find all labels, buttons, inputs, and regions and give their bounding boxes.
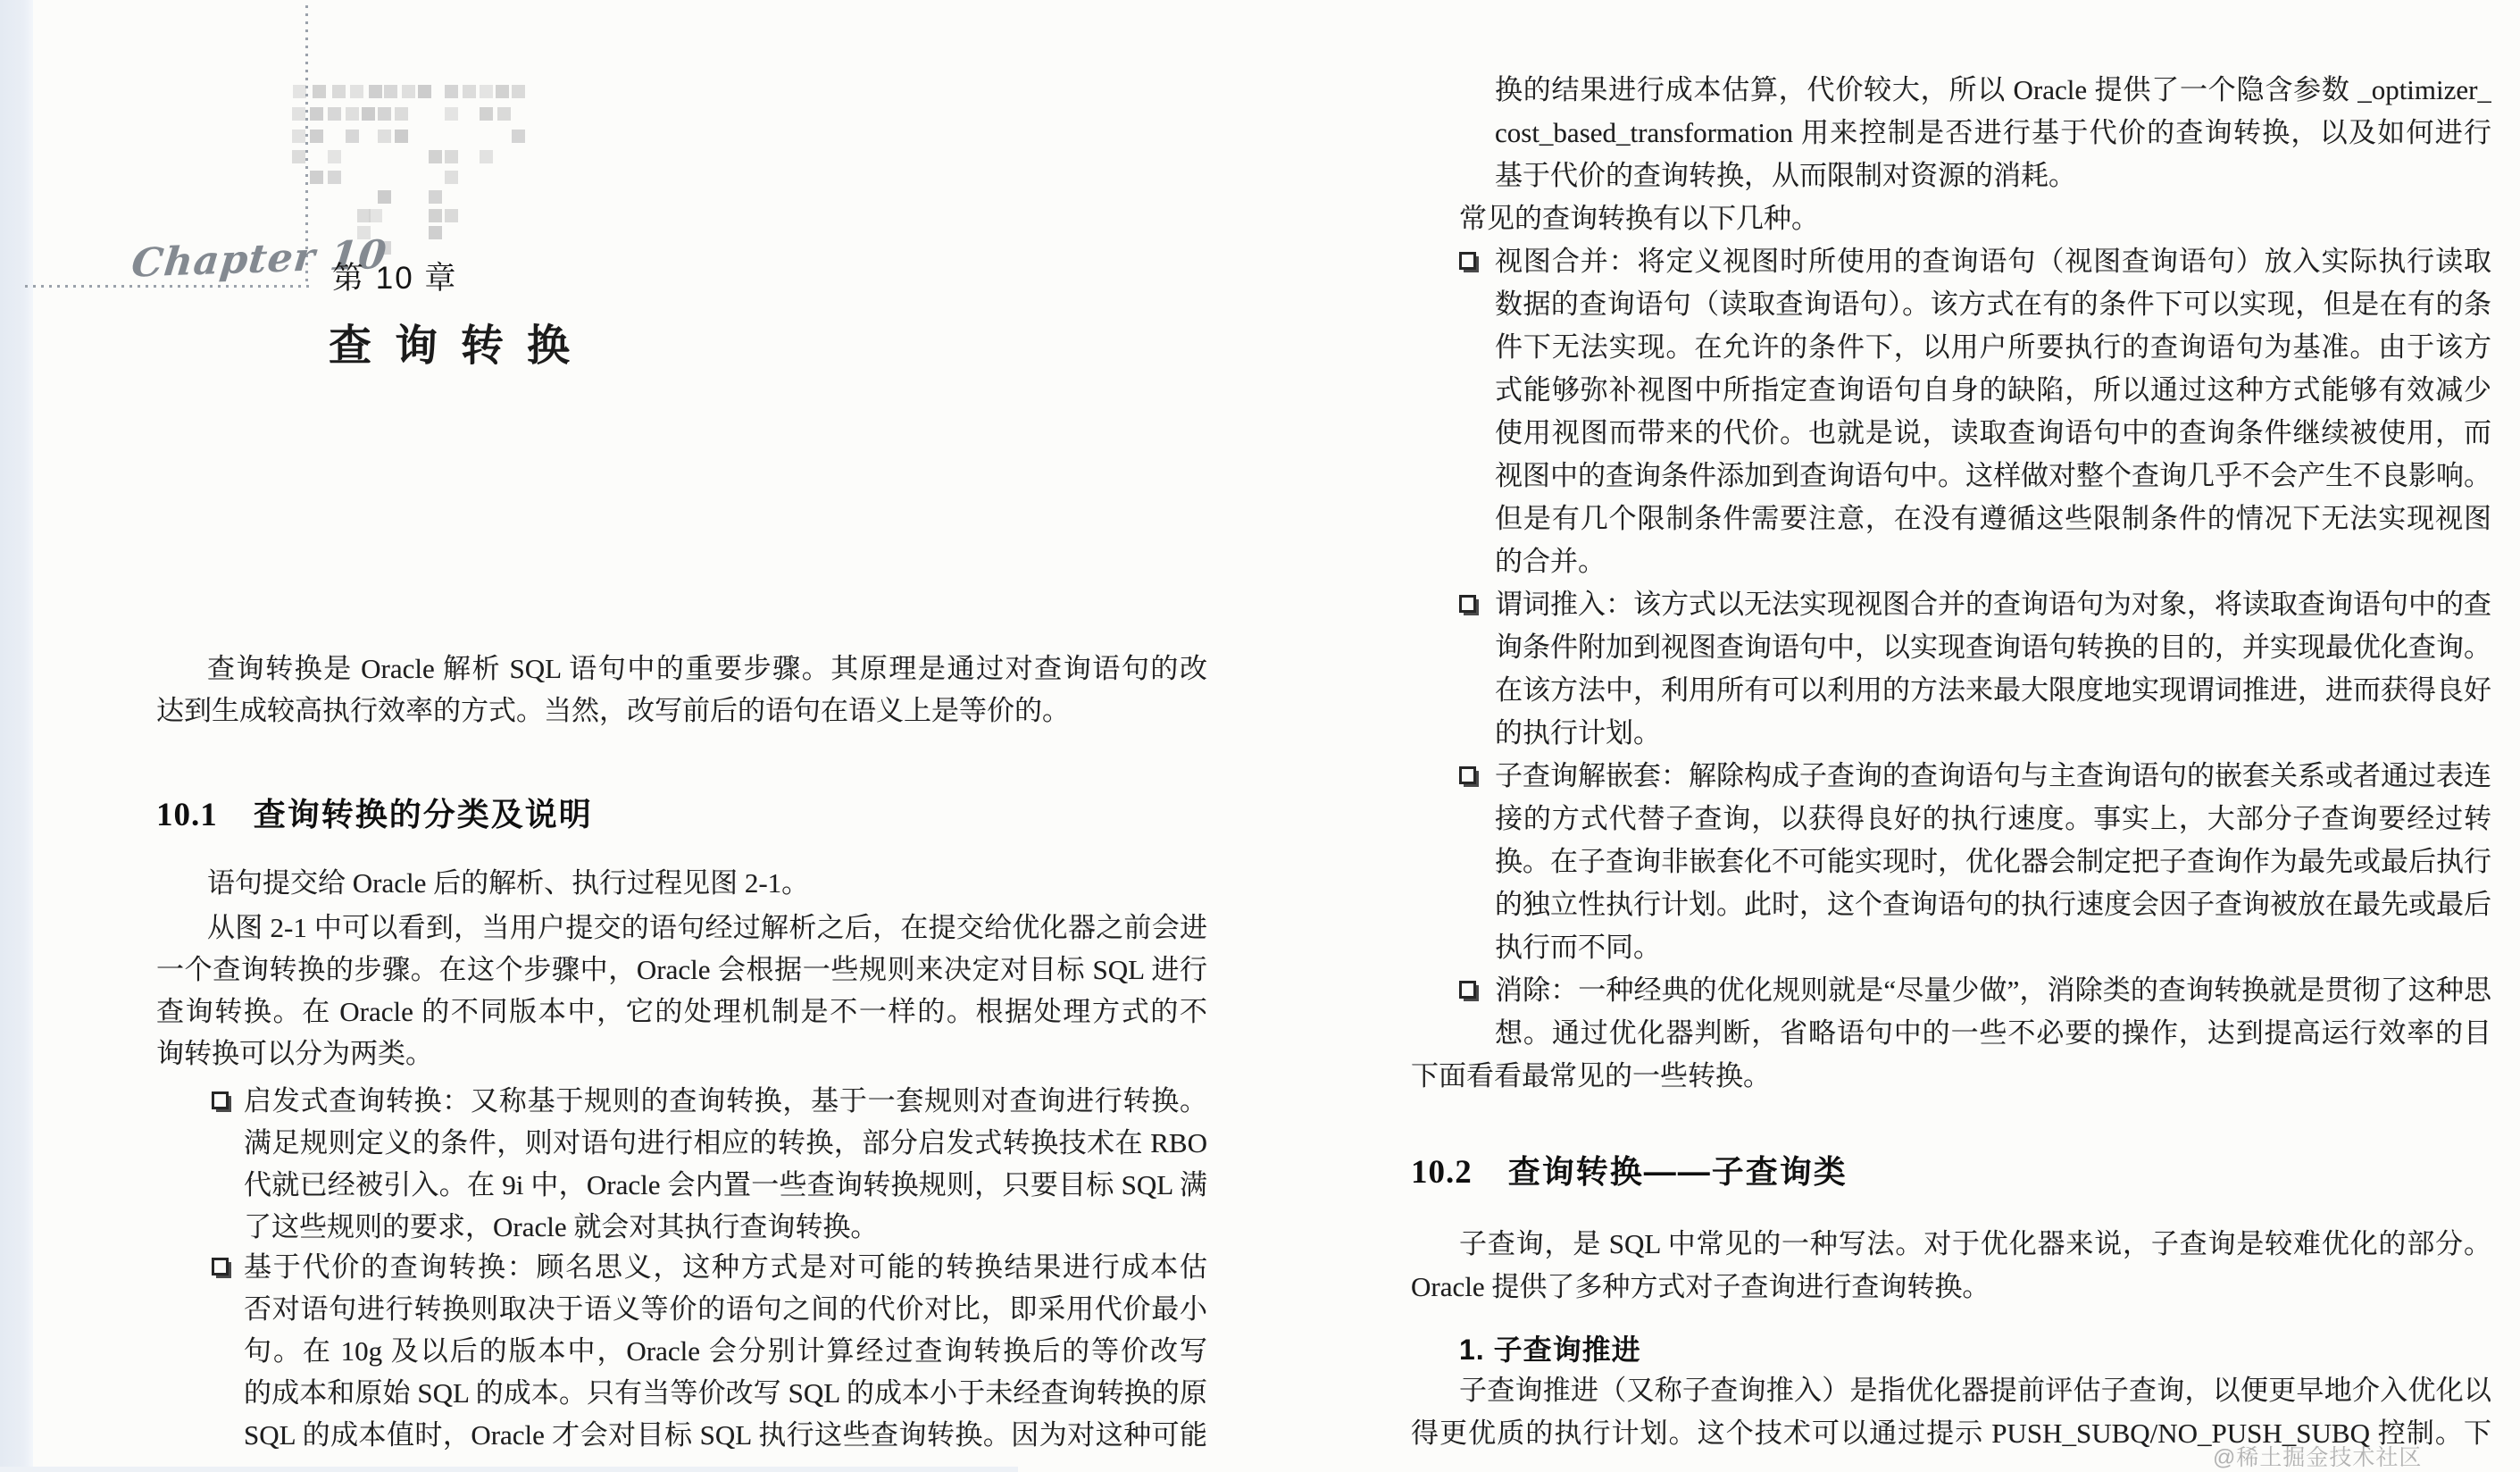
text-line: 询条件附加到视图查询语句中，以实现查询语句转换的目的，并实现最优化查询。 — [1495, 629, 2491, 668]
text-line: 数据的查询语句（读取查询语句）。该方式在有的条件下可以实现，但是在有的条 — [1495, 286, 2491, 325]
mosaic-square — [310, 130, 323, 143]
text-line: 查询转换是 Oracle 解析 SQL 语句中的重要步骤。其原理是通过对查询语句… — [207, 650, 1207, 690]
chapter-script-label: Chapter 10 — [129, 234, 322, 286]
text-line: 常见的查询转换有以下几种。 — [1459, 200, 1819, 239]
dotted-horizontal-divider — [25, 285, 313, 288]
section-title: 查询转换的分类及说明 — [254, 796, 593, 832]
text-line: 在该方法中，利用所有可以利用的方法来最大限度地实现谓词推进，进而获得良好 — [1495, 672, 2491, 711]
section-heading: 10.1查询转换的分类及说明 — [156, 790, 593, 835]
section-title: 查询转换——子查询类 — [1508, 1153, 1848, 1190]
mosaic-square — [369, 85, 382, 98]
mosaic-square — [292, 150, 305, 163]
mosaic-square — [429, 150, 442, 163]
chapter-title: 查询转换 — [329, 311, 593, 372]
mosaic-square — [310, 107, 323, 121]
mosaic-square — [480, 150, 493, 163]
text-line: 的执行计划。 — [1495, 715, 1661, 754]
mosaic-square — [328, 107, 341, 121]
text-line: 子查询推进（又称子查询推入）是指优化器提前评估子查询，以便更早地介入优化以获 — [1459, 1372, 2491, 1411]
mosaic-square — [395, 130, 408, 143]
book-scan-spread: Chapter 10 第 10 章 查询转换 查询转换是 Oracle 解析 S… — [0, 0, 2520, 1472]
mosaic-square — [346, 107, 359, 121]
mosaic-square — [384, 85, 397, 98]
text-line: 的独立性执行计划。此时，这个查询语句的执行速度会因子查询被放在最先或最后 — [1495, 886, 2491, 925]
text-line: 使用视图而带来的代价。也就是说，读取查询语句中的查询条件继续被使用，而 — [1495, 414, 2491, 454]
mosaic-square — [362, 107, 375, 121]
mosaic-square — [378, 107, 391, 121]
chapter-number: 第 10 章 — [332, 254, 457, 298]
section-number: 10.1 — [156, 797, 218, 833]
mosaic-square — [445, 171, 458, 184]
mosaic-square — [350, 85, 363, 98]
text-line: 谓词推入：该方式以无法实现视图合并的查询语句为对象，将读取查询语句中的查 — [1495, 586, 2491, 625]
bullet-marker-icon — [1459, 766, 1476, 784]
text-line: 换的结果进行成本估算，代价较大，所以 Oracle 提供了一个隐含参数 _opt… — [1495, 71, 2491, 111]
mosaic-square — [445, 107, 458, 121]
bullet-marker-icon — [212, 1258, 229, 1275]
mosaic-square — [429, 226, 442, 239]
text-line: 句。在 10g 及以后的版本中，Oracle 会分别计算经过查询转换后的等价改写… — [244, 1333, 1207, 1372]
text-line: 启发式查询转换：又称基于规则的查询转换，基于一套规则对查询进行转换。一旦 — [244, 1083, 1207, 1122]
mosaic-square — [496, 85, 509, 98]
mosaic-square — [310, 171, 323, 184]
bullet-marker-icon — [212, 1091, 229, 1109]
text-line: SQL 的成本值时，Oracle 才会对目标 SQL 执行这些查询转换。因为对这… — [244, 1417, 1207, 1456]
text-line: 换。在子查询非嵌套化不可能实现时，优化器会制定把子查询作为最先或最后执行 — [1495, 843, 2491, 882]
mosaic-square — [378, 190, 391, 204]
text-line: 式能够弥补视图中所指定查询语句自身的缺陷，所以通过这种方式能够有效减少 — [1495, 372, 2491, 411]
text-line: 执行而不同。 — [1495, 929, 1661, 968]
watermark: @稀土掘金技术社区 — [2213, 1440, 2422, 1472]
text-line: 件下无法实现。在允许的条件下，以用户所要执行的查询语句为基准。由于该方 — [1495, 329, 2491, 368]
text-line: 满足规则定义的条件，则对语句进行相应的转换，部分启发式转换技术在 RBO 时 — [244, 1125, 1207, 1164]
mosaic-square — [328, 171, 341, 184]
mosaic-square — [395, 107, 408, 121]
text-line: 的合并。 — [1495, 543, 1606, 582]
text-line: 基于代价的查询转换，从而限制对资源的消耗。 — [1495, 157, 2076, 197]
mosaic-square — [512, 130, 525, 143]
page-edge-strip — [0, 0, 33, 1472]
text-line: 子查询解嵌套：解除构成子查询的查询语句与主查询语句的嵌套关系或者通过表连 — [1495, 757, 2491, 797]
mosaic-square — [429, 209, 442, 222]
text-line: 接的方式代替子查询，以获得良好的执行速度。事实上，大部分子查询要经过转 — [1495, 800, 2491, 840]
mosaic-square — [480, 85, 493, 98]
mosaic-square — [480, 107, 493, 121]
text-line: 视图中的查询条件添加到查询语句中。这样做对整个查询几乎不会产生不良影响。 — [1495, 457, 2491, 497]
text-line: Oracle 提供了多种方式对子查询进行查询转换。 — [1411, 1268, 1990, 1308]
mosaic-square — [445, 209, 458, 222]
text-line: 达到生成较高执行效率的方式。当然，改写前后的语句在语义上是等价的。 — [156, 692, 1070, 732]
mosaic-square — [328, 150, 341, 163]
mosaic-square — [512, 85, 525, 98]
mosaic-square — [313, 85, 326, 98]
section-heading: 10.2查询转换——子查询类 — [1411, 1147, 1848, 1192]
bullet-marker-icon — [1459, 252, 1476, 270]
text-line: 询转换可以分为两类。 — [156, 1035, 433, 1075]
text-line: 子查询，是 SQL 中常见的一种写法。对于优化器来说，子查询是较难优化的部分。 — [1459, 1225, 2491, 1265]
mosaic-square — [293, 85, 306, 98]
text-line: 查询转换。在 Oracle 的不同版本中，它的处理机制是不一样的。根据处理方式的… — [156, 993, 1207, 1033]
mosaic-square — [292, 130, 305, 143]
text-line: 视图合并：将定义视图时所使用的查询语句（视图查询语句）放入实际执行读取 — [1495, 243, 2491, 282]
text-line: 语句提交给 Oracle 后的解析、执行过程见图 2-1。 — [207, 865, 809, 904]
text-line: 代就已经被引入。在 9i 中，Oracle 会内置一些查询转换规则，只要目标 S… — [244, 1167, 1207, 1206]
mosaic-square — [445, 150, 458, 163]
section-number: 10.2 — [1411, 1154, 1473, 1191]
text-line: cost_based_transformation 用来控制是否进行基于代价的查… — [1495, 114, 2491, 154]
mosaic-square — [292, 107, 305, 121]
text-line: 下面看看最常见的一些转换。 — [1411, 1058, 1771, 1097]
text-line: 消除：一种经典的优化规则就是“尽量少做”，消除类的查询转换就是贯彻了这种思 — [1495, 972, 2491, 1011]
mosaic-square — [463, 85, 476, 98]
text-line: 但是有几个限制条件需要注意，在没有遵循这些限制条件的情况下无法实现视图 — [1495, 500, 2491, 539]
sub-heading: 1. 子查询推进 — [1459, 1327, 1641, 1368]
mosaic-square — [445, 85, 458, 98]
bullet-marker-icon — [1459, 981, 1476, 999]
text-line: 一个查询转换的步骤。在这个步骤中，Oracle 会根据一些规则来决定对目标 SQ… — [156, 951, 1207, 991]
mosaic-square — [418, 85, 431, 98]
mosaic-square — [346, 130, 359, 143]
mosaic-square — [429, 190, 442, 204]
text-line: 从图 2-1 中可以看到，当用户提交的语句经过解析之后，在提交给优化器之前会进行 — [207, 909, 1207, 949]
mosaic-square — [369, 209, 382, 222]
text-line: 想。通过优化器判断，省略语句中的一些不必要的操作，达到提高运行效率的目的。 — [1495, 1015, 2491, 1054]
text-line: 否对语句进行转换则取决于语义等价的语句之间的代价对比，即采用代价最小的语 — [244, 1291, 1207, 1330]
page-edge-strip-bottom — [0, 1467, 1018, 1472]
mosaic-square — [402, 85, 415, 98]
text-line: 了这些规则的要求，Oracle 就会对其执行查询转换。 — [244, 1209, 878, 1248]
mosaic-square — [332, 85, 346, 98]
mosaic-square — [378, 130, 391, 143]
text-line: 基于代价的查询转换：顾名思义，这种方式是对可能的转换结果进行成本估算。是 — [244, 1249, 1207, 1288]
bullet-marker-icon — [1459, 595, 1476, 613]
mosaic-square — [497, 107, 511, 121]
text-line: 的成本和原始 SQL 的成本。只有当等价改写 SQL 的成本小于未经查询转换的原… — [244, 1375, 1207, 1414]
